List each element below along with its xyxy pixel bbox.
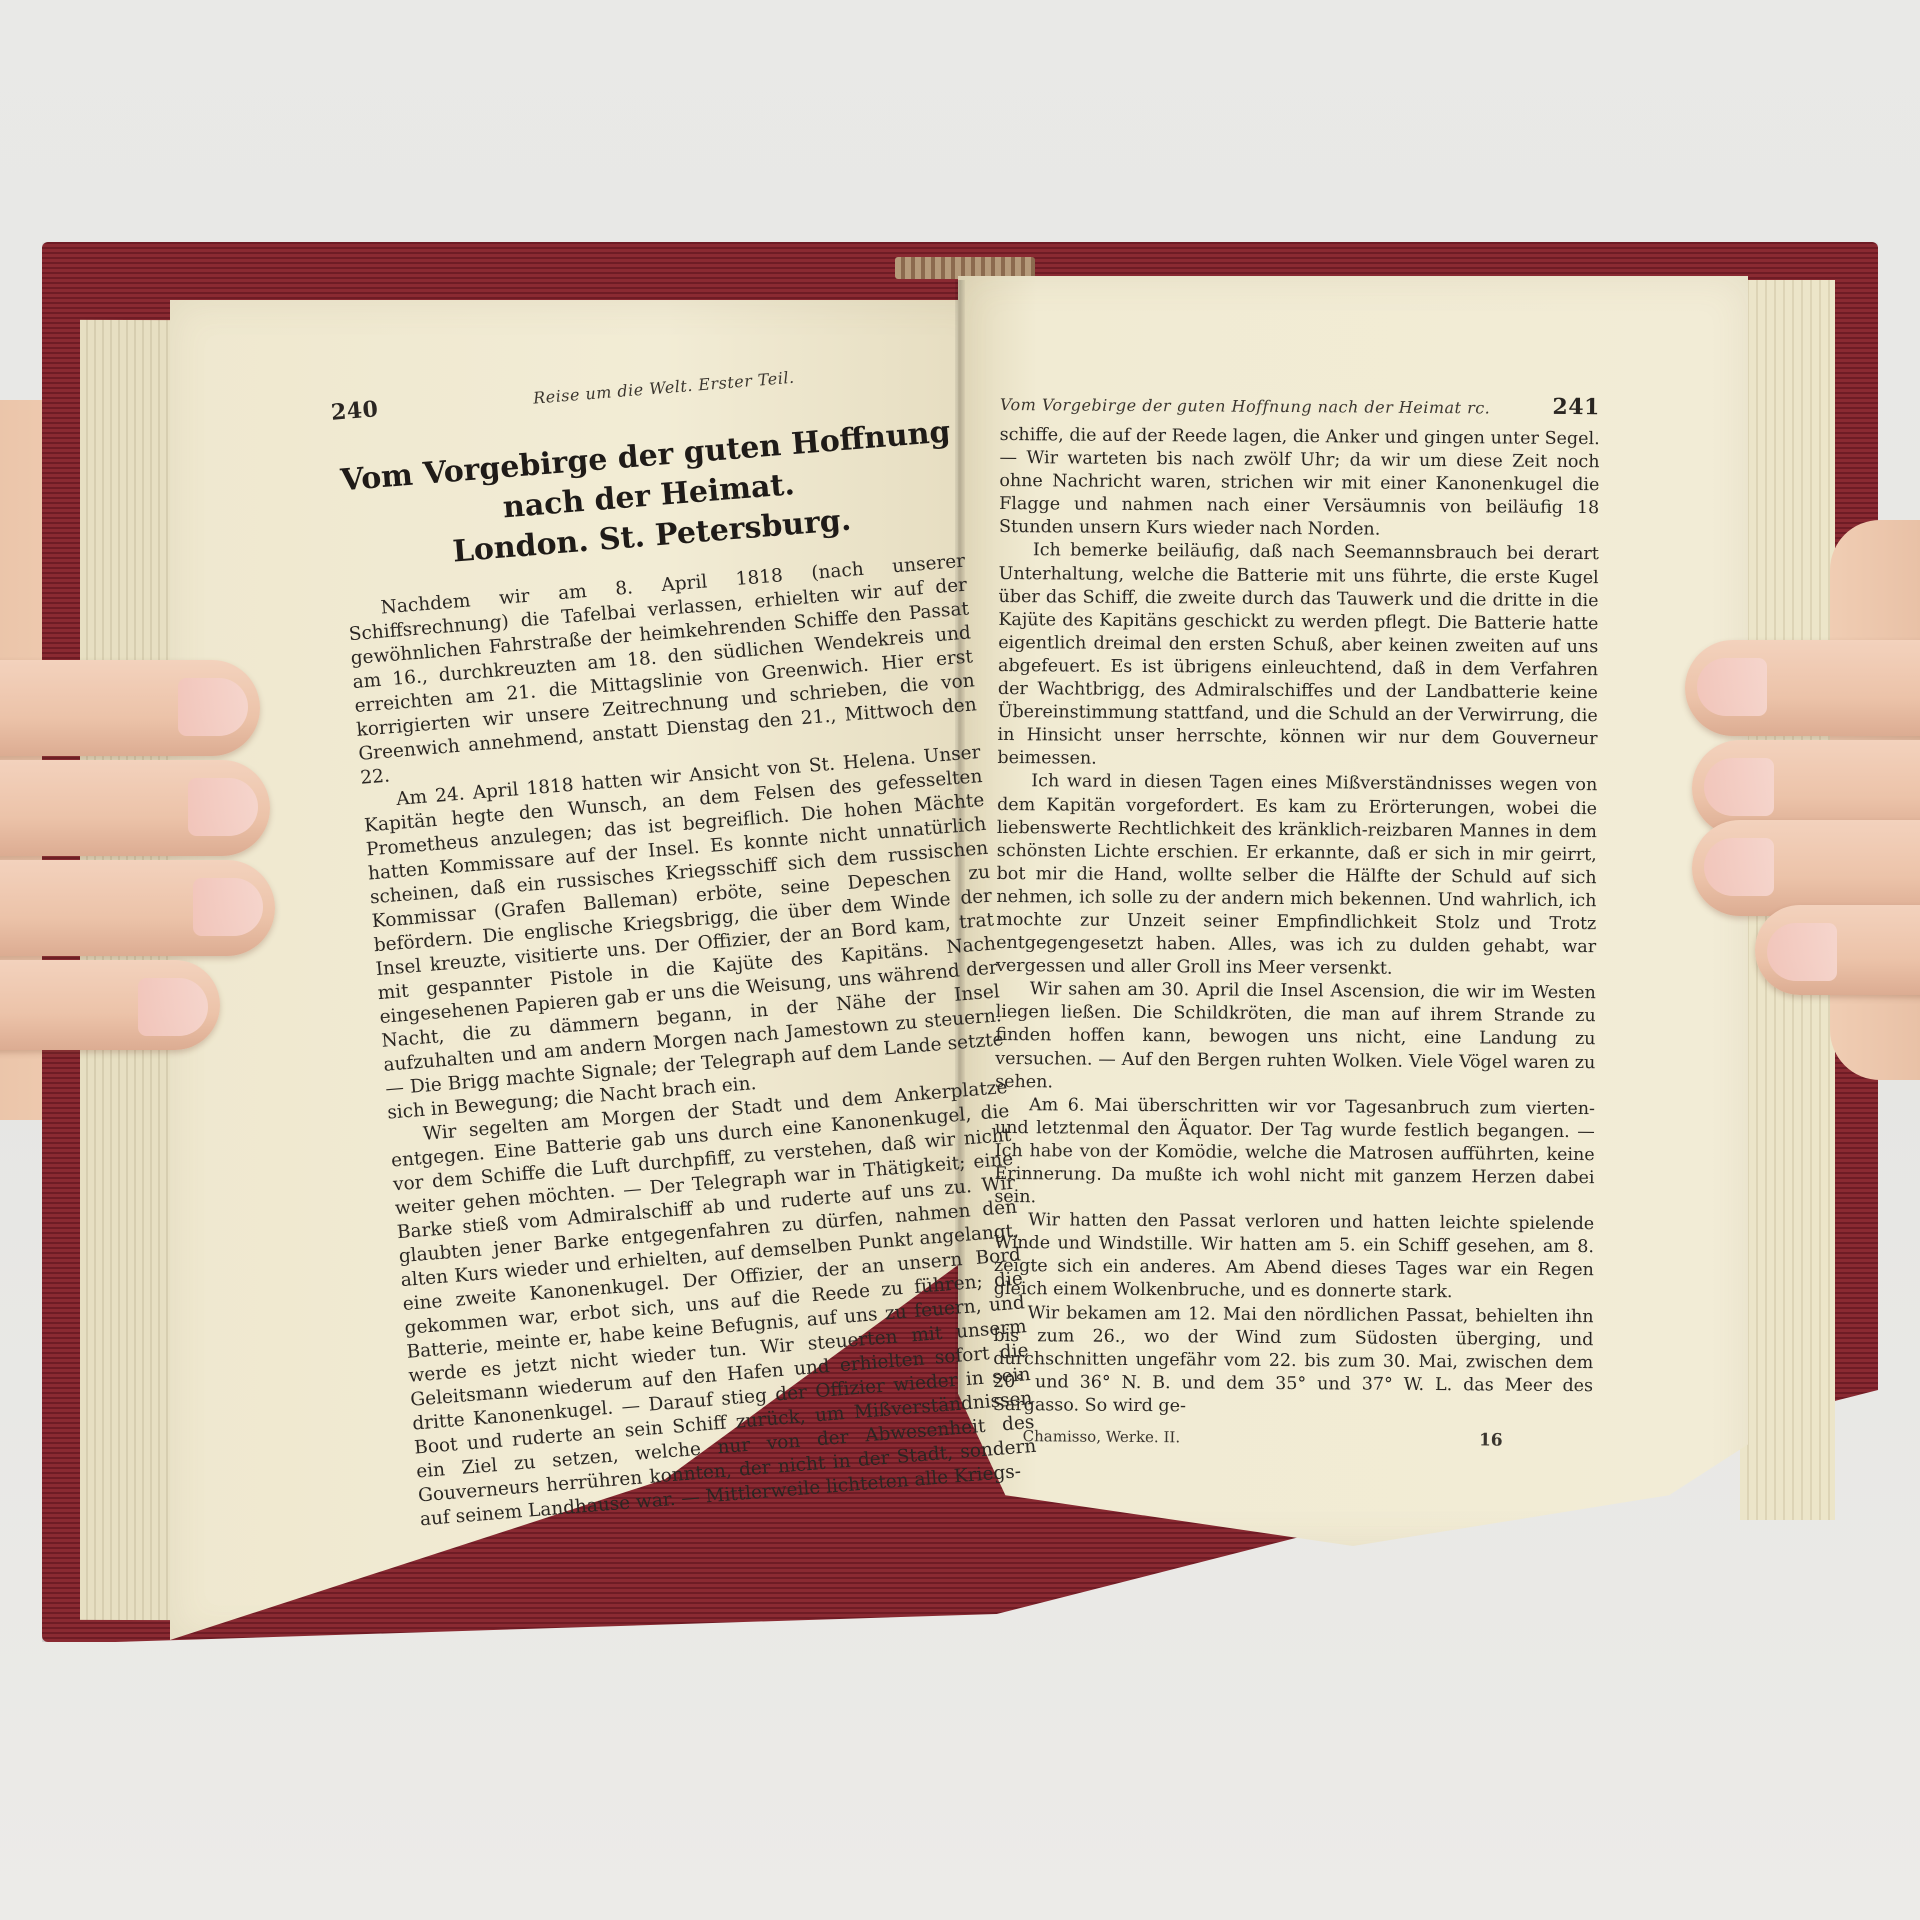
paragraph: Am 24. April 1818 hatten wir Ansicht von… — [361, 741, 1006, 1126]
right-page-text: Vom Vorgebirge der guten Hoffnung nach d… — [993, 390, 1600, 1451]
fingernail — [1697, 658, 1767, 716]
right-running-head: Vom Vorgebirge der guten Hoffnung nach d… — [1000, 390, 1600, 420]
page-footer: Chamisso, Werke. II. 16 — [993, 1427, 1593, 1451]
right-hand-finger — [1685, 640, 1920, 736]
footer-work-title: Chamisso, Werke. II. — [1023, 1427, 1181, 1448]
left-hand-finger — [0, 660, 260, 756]
left-hand-finger — [0, 760, 270, 856]
right-hand-finger — [1692, 820, 1920, 916]
fingernail — [1767, 923, 1837, 981]
chapter-title: Vom Vorgebirge der guten Hoffnung nach d… — [335, 412, 963, 581]
paragraph: Am 6. Mai überschritten wir vor Tagesanb… — [994, 1094, 1595, 1214]
fingernail — [193, 878, 263, 936]
book-headband — [895, 257, 1035, 279]
left-hand-finger — [0, 960, 220, 1050]
photo-scene: 240 Reise um die Welt. Erster Teil. Vom … — [0, 0, 1920, 1920]
fingernail — [1704, 758, 1774, 816]
paragraph: Wir hatten den Passat verloren und hatte… — [994, 1209, 1595, 1306]
paragraph: schiffe, die auf der Reede lagen, die An… — [999, 424, 1600, 544]
left-page-text: 240 Reise um die Welt. Erster Teil. Vom … — [330, 350, 1039, 1532]
paragraph: Wir sahen am 30. April die Insel Ascensi… — [995, 978, 1596, 1098]
paragraph: Wir segelten am Morgen der Stadt und dem… — [388, 1076, 1039, 1532]
page-number-left: 240 — [330, 396, 379, 426]
footer-signature-mark: 16 — [1479, 1430, 1503, 1450]
fingernail — [188, 778, 258, 836]
fingernail — [178, 678, 248, 736]
page-number-right: 241 — [1552, 394, 1600, 420]
paragraph: Ich ward in diesen Tagen eines Mißverstä… — [996, 770, 1597, 982]
running-head-title-right: Vom Vorgebirge der guten Hoffnung nach d… — [1000, 395, 1491, 417]
fingernail — [1704, 838, 1774, 896]
left-hand-finger — [0, 860, 275, 956]
paragraph: Wir bekamen am 12. Mai den nördlichen Pa… — [993, 1302, 1594, 1422]
fingernail — [138, 978, 208, 1036]
paragraph: Ich bemerke beiläufig, daß nach Seemanns… — [997, 539, 1599, 774]
right-hand-finger — [1755, 905, 1920, 995]
